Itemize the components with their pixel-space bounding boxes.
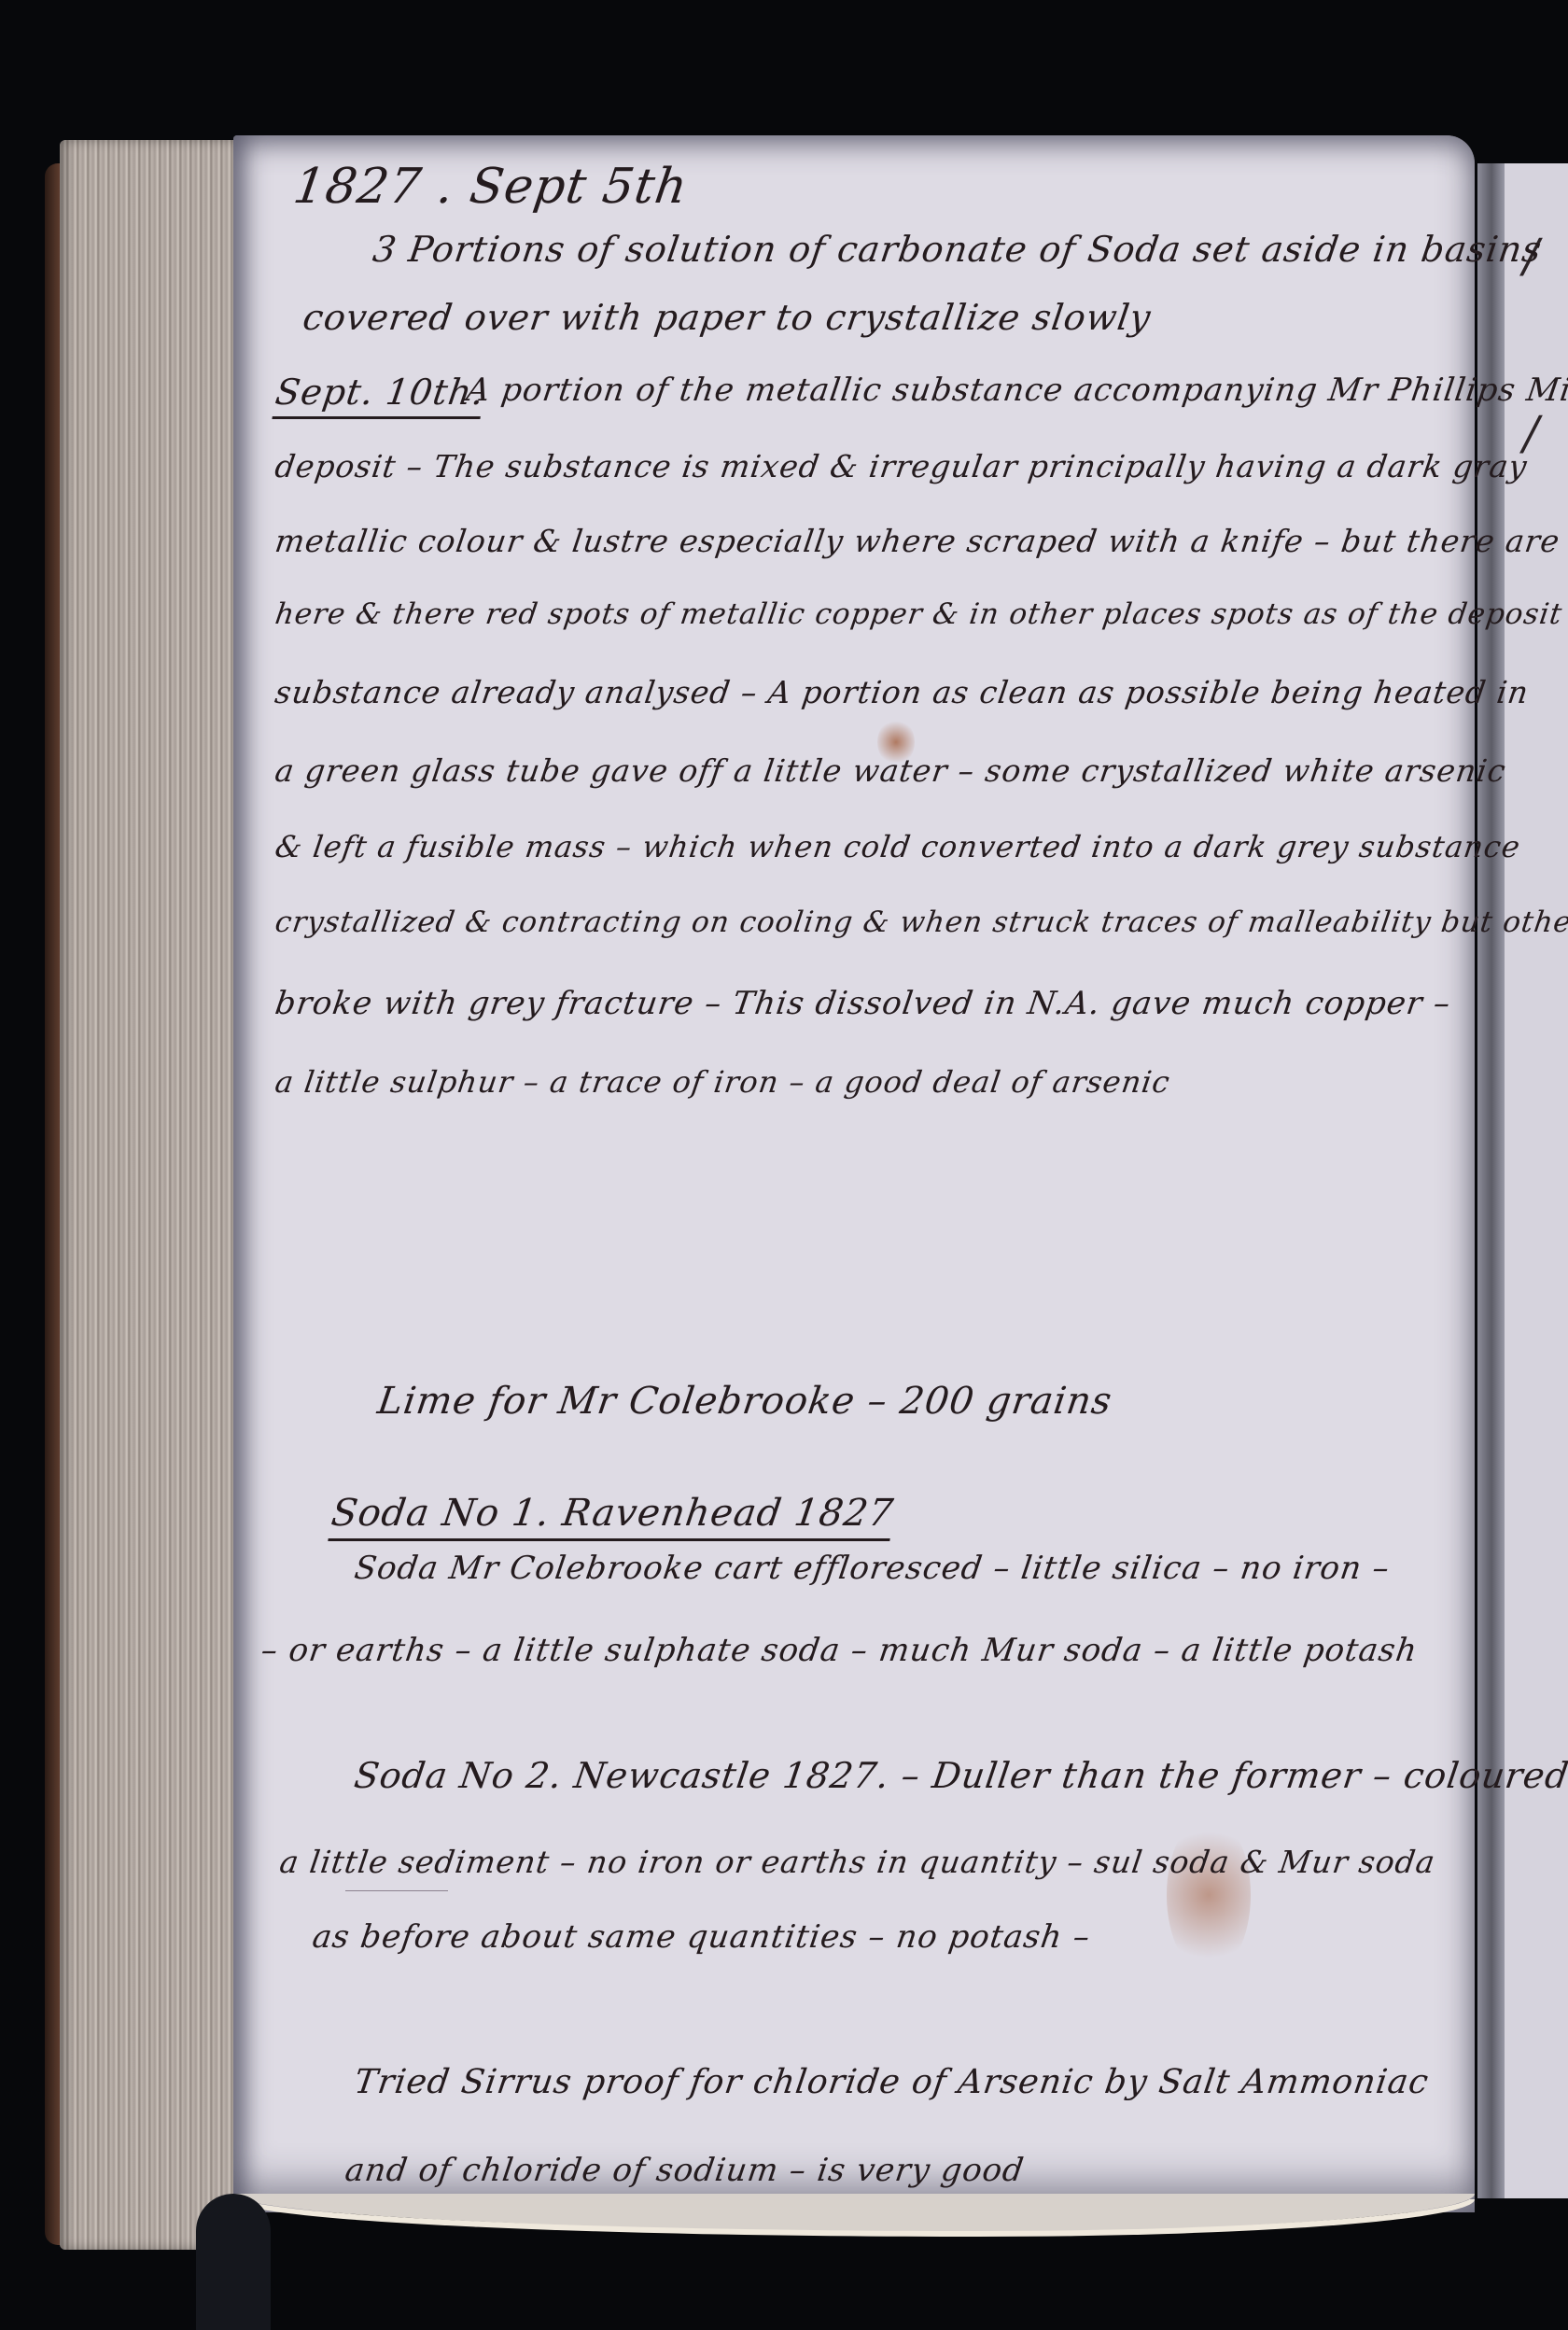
- water-stain: [1167, 1816, 1251, 1974]
- text-line: 3 Portions of solution of carbonate of S…: [371, 229, 1545, 270]
- finger-holding-book: [196, 2194, 271, 2330]
- text-line: A portion of the metallic substance acco…: [464, 372, 1568, 409]
- text-line: covered over with paper to crystallize s…: [301, 297, 1154, 338]
- section-heading: Soda No 1. Ravenhead 1827: [328, 1492, 896, 1541]
- text-line: Soda No 2. Newcastle 1827. – Duller than…: [352, 1755, 1568, 1796]
- book-page-edges: [60, 140, 242, 2250]
- text-line: a green glass tube gave off a little wat…: [273, 752, 1508, 789]
- short-divider-rule: [345, 1890, 448, 1891]
- text-line: a little sediment – no iron or earths in…: [277, 1844, 1437, 1880]
- text-line: a little sulphur – a trace of iron – a g…: [273, 1064, 1172, 1100]
- text-line: substance already analysed – A portion a…: [273, 674, 1531, 710]
- manuscript-page: [233, 135, 1475, 2212]
- text-line: and of chloride of sodium – is very good: [343, 2152, 1027, 2189]
- text-line: Tried Sirrus proof for chloride of Arsen…: [352, 2063, 1431, 2101]
- text-line: here & there red spots of metallic coppe…: [273, 597, 1564, 631]
- text-line: crystallized & contracting on cooling & …: [273, 905, 1568, 939]
- text-line: as before about same quantities – no pot…: [310, 1918, 1093, 1956]
- text-line: deposit – The substance is mixed & irreg…: [273, 448, 1530, 484]
- text-line: & left a fusible mass – which when cold …: [273, 829, 1522, 864]
- text-line: metallic colour & lustre especially wher…: [273, 523, 1562, 559]
- entry-date: Sept. 10th.: [272, 372, 487, 419]
- text-line: Soda Mr Colebrooke cart effloresced – li…: [352, 1550, 1392, 1587]
- text-line: – or earths – a little sulphate soda – m…: [259, 1632, 1420, 1669]
- text-line: Lime for Mr Colebrooke – 200 grains: [375, 1380, 1115, 1423]
- text-line: broke with grey fracture – This dissolve…: [273, 985, 1453, 1022]
- entry-date: 1827 . Sept 5th: [290, 159, 692, 215]
